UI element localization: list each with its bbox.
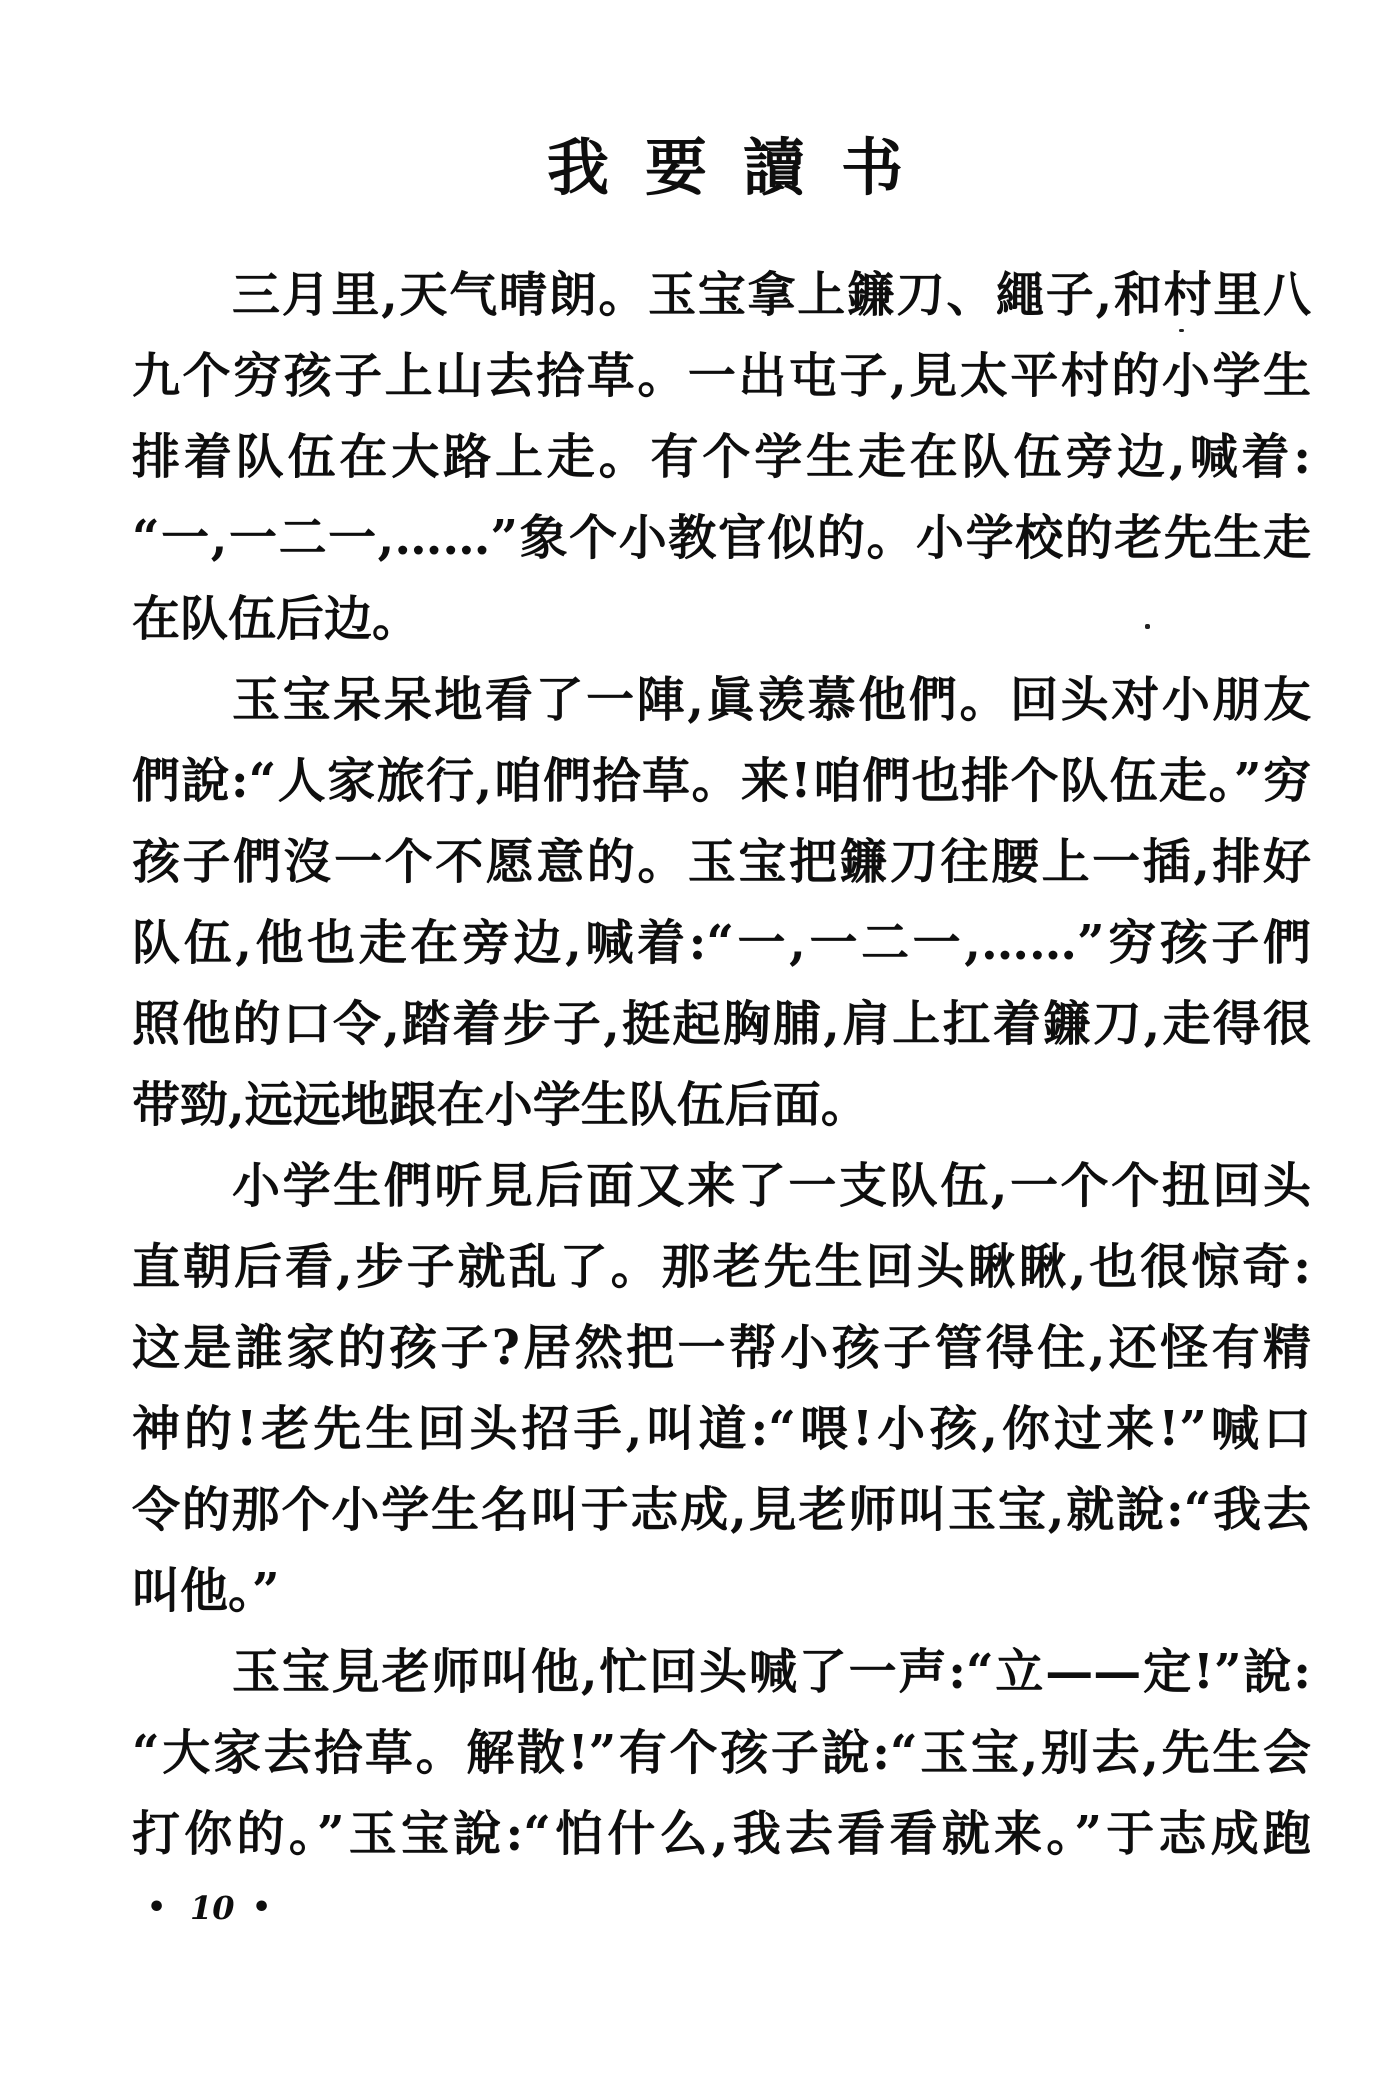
text-line: “一,一二一,……”象个小教官似的。小学校的老先生走 [132,498,1311,579]
page-title: 我要讀书 [547,128,939,208]
text-line: 直朝后看,步子就乱了。那老先生回头瞅瞅,也很惊奇: [132,1227,1311,1308]
paragraph-4: 玉宝見老师叫他,忙回头喊了一声:“立——定!”說: “大家去拾草。解散!”有个孩… [132,1632,1311,1875]
text-line: 叫他。” [132,1551,1311,1632]
scan-speck [1145,624,1150,629]
text-line: 玉宝呆呆地看了一陣,眞羡慕他們。回头对小朋友 [132,660,1311,741]
text-line: 玉宝見老师叫他,忙回头喊了一声:“立——定!”說: [132,1632,1311,1713]
text-line: 神的!老先生回头招手,叫道:“喂!小孩,你过来!”喊口 [132,1389,1311,1470]
bullet-dot-icon: • [147,1888,166,1928]
bullet-dot-icon: • [252,1888,271,1928]
text-line: 照他的口令,踏着步子,挺起胸脯,肩上扛着鐮刀,走得很 [132,984,1311,1065]
paragraph-1: 三月里,天气晴朗。玉宝拿上鐮刀、繩子,和村里八 九个穷孩子上山去拾草。一出屯子,… [132,255,1311,660]
text-line: 孩子們沒一个不愿意的。玉宝把鐮刀往腰上一插,排好 [132,822,1311,903]
text-line: 九个穷孩子上山去拾草。一出屯子,見太平村的小学生 [132,336,1311,417]
text-line: 排着队伍在大路上走。有个学生走在队伍旁边,喊着: [132,417,1311,498]
text-line: 令的那个小学生名叫于志成,見老师叫玉宝,就說:“我去 [132,1470,1311,1551]
text-line: 队伍,他也走在旁边,喊着:“一,一二一,……”穷孩子們 [132,903,1311,984]
text-line: 們說:“人家旅行,咱們拾草。来!咱們也排个队伍走。”穷 [132,741,1311,822]
paragraph-2: 玉宝呆呆地看了一陣,眞羡慕他們。回头对小朋友 們說:“人家旅行,咱們拾草。来!咱… [132,660,1311,1146]
text-line: 三月里,天气晴朗。玉宝拿上鐮刀、繩子,和村里八 [132,255,1311,336]
text-line: 带勁,远远地跟在小学生队伍后面。 [132,1065,1311,1146]
body-text: 三月里,天气晴朗。玉宝拿上鐮刀、繩子,和村里八 九个穷孩子上山去拾草。一出屯子,… [132,255,1311,1875]
page-number-footer: • 10 • [0,1888,400,1928]
text-line: 这是誰家的孩子?居然把一帮小孩子管得住,还怪有精 [132,1308,1311,1389]
text-line: 在队伍后边。 [132,579,1311,660]
paragraph-3: 小学生們听見后面又来了一支队伍,一个个扭回头 直朝后看,步子就乱了。那老先生回头… [132,1146,1311,1632]
text-line: 小学生們听見后面又来了一支队伍,一个个扭回头 [132,1146,1311,1227]
text-line: “大家去拾草。解散!”有个孩子說:“玉宝,别去,先生会 [132,1713,1311,1794]
page-number: 10 [190,1888,235,1928]
scan-speck [1179,329,1184,332]
text-line: 打你的。”玉宝說:“怕什么,我去看看就来。”于志成跑 [132,1794,1311,1875]
